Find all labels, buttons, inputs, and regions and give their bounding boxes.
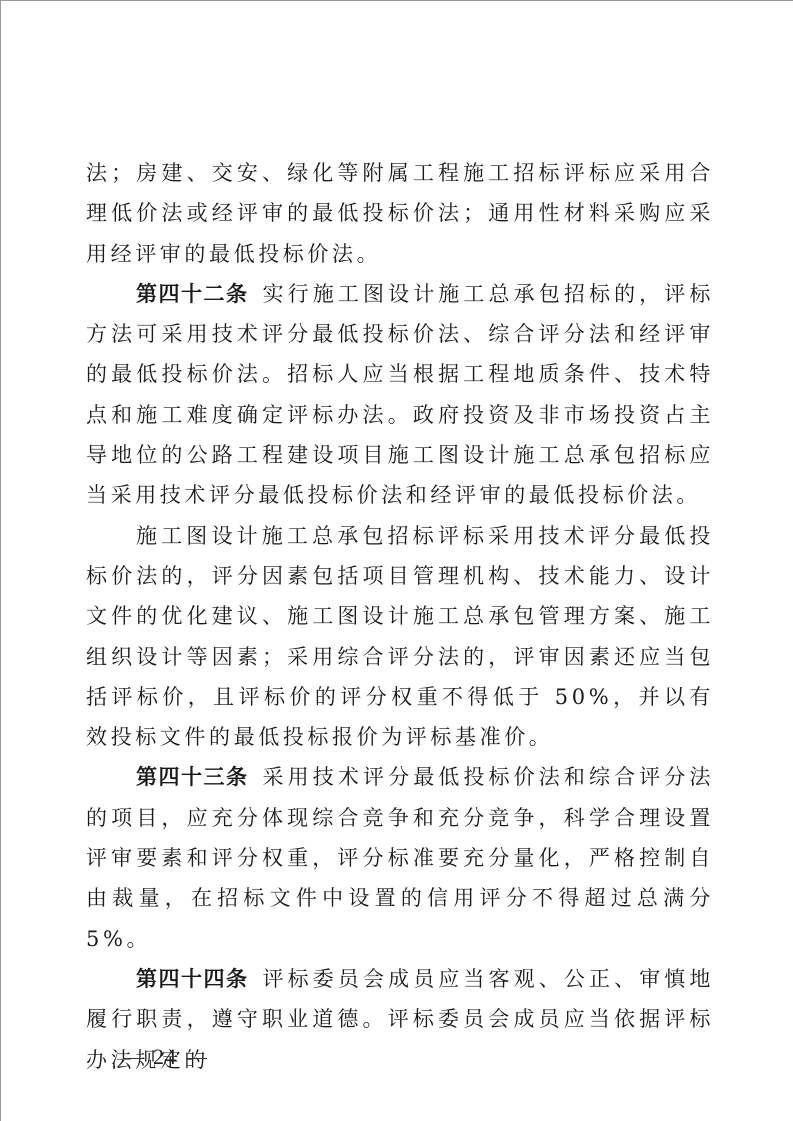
- dash-right-icon: [187, 1058, 207, 1059]
- paragraph-text: 施工图设计施工总承包招标评标采用技术评分最低投标价法的，评分因素包括项目管理机构…: [86, 524, 714, 749]
- paragraph-continuation: 法；房建、交安、绿化等附属工程施工招标评标应采用合理低价法或经评审的最低投标价法…: [86, 153, 714, 274]
- page-number: 24: [153, 1044, 177, 1069]
- paragraph-text: 法；房建、交安、绿化等附属工程施工招标评标应采用合理低价法或经评审的最低投标价法…: [86, 161, 714, 266]
- paragraph-article-43: 第四十三条采用技术评分最低投标价法和综合评分法的项目，应充分体现综合竞争和充分竞…: [86, 757, 714, 958]
- page-footer: 24: [113, 1044, 217, 1070]
- document-page: 法；房建、交安、绿化等附属工程施工招标评标应采用合理低价法或经评审的最低投标价法…: [1, 1, 793, 1121]
- paragraph-article-42-detail: 施工图设计施工总承包招标评标采用技术评分最低投标价法的，评分因素包括项目管理机构…: [86, 516, 714, 758]
- article-number: 第四十三条: [136, 765, 249, 789]
- document-body: 法；房建、交安、绿化等附属工程施工招标评标应采用合理低价法或经评审的最低投标价法…: [86, 153, 714, 1080]
- paragraph-text: 采用技术评分最低投标价法和综合评分法的项目，应充分体现综合竞争和充分竞争，科学合…: [86, 765, 714, 950]
- paragraph-article-42: 第四十二条实行施工图设计施工总承包招标的，评标方法可采用技术评分最低投标价法、综…: [86, 274, 714, 516]
- paragraph-text: 实行施工图设计施工总承包招标的，评标方法可采用技术评分最低投标价法、综合评分法和…: [86, 282, 714, 507]
- article-number: 第四十四条: [136, 967, 249, 991]
- dash-left-icon: [123, 1058, 143, 1059]
- article-number: 第四十二条: [136, 282, 249, 306]
